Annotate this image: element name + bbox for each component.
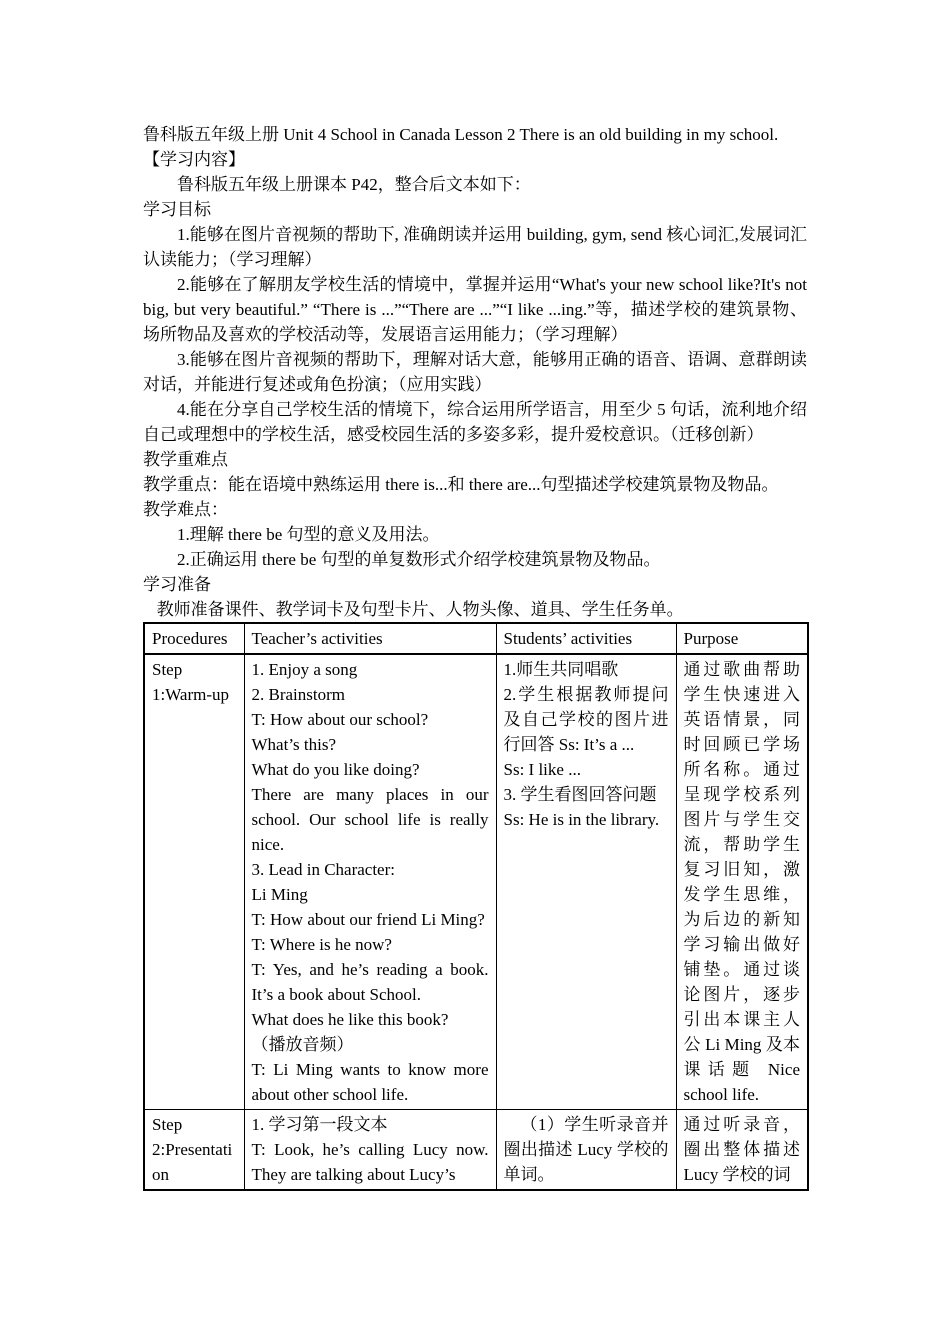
cell-paragraph: 3. 学生看图回答问题 (504, 782, 669, 807)
cell-paragraph: T: Look, he’s calling Lucy now. They are… (252, 1137, 489, 1187)
paragraph: 2.正确运用 there be 句型的单复数形式介绍学校建筑景物及物品。 (143, 547, 807, 572)
teacher-activities-cell: 1. Enjoy a song2. BrainstormT: How about… (244, 654, 496, 1110)
table-header-row: Procedures Teacher’s activities Students… (144, 623, 808, 654)
cell-paragraph: 通过歌曲帮助学生快速进入英语情景，同时回顾已学场所名称。通过呈现学校系列图片与学… (684, 657, 801, 1107)
paragraph: 3.能够在图片音视频的帮助下，理解对话大意，能够用正确的语音、语调、意群朗读对话… (143, 347, 807, 397)
paragraph: 2.能够在了解朋友学校生活的情境中，掌握并运用“What's your new … (143, 272, 807, 347)
purpose-cell: 通过歌曲帮助学生快速进入英语情景，同时回顾已学场所名称。通过呈现学校系列图片与学… (676, 654, 808, 1110)
paragraph: 1.理解 there be 句型的意义及用法。 (143, 522, 807, 547)
cell-paragraph: Ss: He is in the library. (504, 807, 669, 832)
students-activities-cell: （1）学生听录音并圈出描述 Lucy 学校的单词。 (496, 1110, 676, 1191)
col-header-procedures: Procedures (144, 623, 244, 654)
procedure-cell: Step 1:Warm-up (144, 654, 244, 1110)
paragraph: 学习准备 (143, 572, 807, 597)
col-header-teacher-activities: Teacher’s activities (244, 623, 496, 654)
paragraph: 教学难点： (143, 497, 807, 522)
cell-paragraph: What’s this? (252, 732, 489, 757)
col-header-students-activities: Students’ activities (496, 623, 676, 654)
cell-paragraph: There are many places in our school. Our… (252, 782, 489, 857)
cell-paragraph: （播放音频） (252, 1032, 489, 1057)
cell-paragraph: Ss: I like ... (504, 757, 669, 782)
doc-body: 【学习内容】鲁科版五年级上册课本 P42，整合后文本如下：学习目标1.能够在图片… (143, 147, 807, 622)
cell-paragraph: 2. Brainstorm (252, 682, 489, 707)
cell-paragraph: 1. Enjoy a song (252, 657, 489, 682)
paragraph: 【学习内容】 (143, 147, 807, 172)
cell-paragraph: T: How about our friend Li Ming? (252, 907, 489, 932)
paragraph: 1.能够在图片音视频的帮助下, 准确朗读并运用 building, gym, s… (143, 222, 807, 272)
cell-paragraph: 1. 学习第一段文本 (252, 1112, 489, 1137)
cell-paragraph: （1）学生听录音并圈出描述 Lucy 学校的单词。 (504, 1112, 669, 1187)
cell-paragraph: T: Where is he now? (252, 932, 489, 957)
cell-paragraph: Li Ming (252, 882, 489, 907)
table-row-step1: Step 1:Warm-up 1. Enjoy a song2. Brainst… (144, 654, 808, 1110)
cell-paragraph: T: Li Ming wants to know more about othe… (252, 1057, 489, 1107)
procedure-cell: Step 2:Presentation (144, 1110, 244, 1191)
cell-paragraph: What do you like doing? (252, 757, 489, 782)
paragraph: 教学重难点 (143, 447, 807, 472)
cell-paragraph: T: How about our school? (252, 707, 489, 732)
students-activities-cell: 1.师生共同唱歌2.学生根据教师提问及自己学校的图片进行回答 Ss: It’s … (496, 654, 676, 1110)
teacher-activities-cell: 1. 学习第一段文本T: Look, he’s calling Lucy now… (244, 1110, 496, 1191)
cell-paragraph: 3. Lead in Character: (252, 857, 489, 882)
cell-paragraph: 2.学生根据教师提问及自己学校的图片进行回答 Ss: It’s a ... (504, 682, 669, 757)
table-row-step2: Step 2:Presentation 1. 学习第一段文本T: Look, h… (144, 1110, 808, 1191)
document-page: 鲁科版五年级上册 Unit 4 School in Canada Lesson … (0, 0, 950, 1344)
doc-title: 鲁科版五年级上册 Unit 4 School in Canada Lesson … (143, 122, 807, 147)
cell-paragraph: 通过听录音，圈出整体描述 Lucy 学校的词 (684, 1112, 801, 1187)
paragraph: 学习目标 (143, 197, 807, 222)
cell-paragraph: What does he like this book? (252, 1007, 489, 1032)
purpose-cell: 通过听录音，圈出整体描述 Lucy 学校的词 (676, 1110, 808, 1191)
paragraph: 4.能在分享自己学校生活的情境下，综合运用所学语言，用至少 5 句话，流利地介绍… (143, 397, 807, 447)
paragraph: 鲁科版五年级上册课本 P42，整合后文本如下： (143, 172, 807, 197)
cell-paragraph: 1.师生共同唱歌 (504, 657, 669, 682)
lesson-plan-table: Procedures Teacher’s activities Students… (143, 622, 809, 1191)
paragraph: 教学重点：能在语境中熟练运用 there is...和 there are...… (143, 472, 807, 497)
paragraph: 教师准备课件、教学词卡及句型卡片、人物头像、道具、学生任务单。 (143, 597, 807, 622)
col-header-purpose: Purpose (676, 623, 808, 654)
cell-paragraph: T: Yes, and he’s reading a book. It’s a … (252, 957, 489, 1007)
